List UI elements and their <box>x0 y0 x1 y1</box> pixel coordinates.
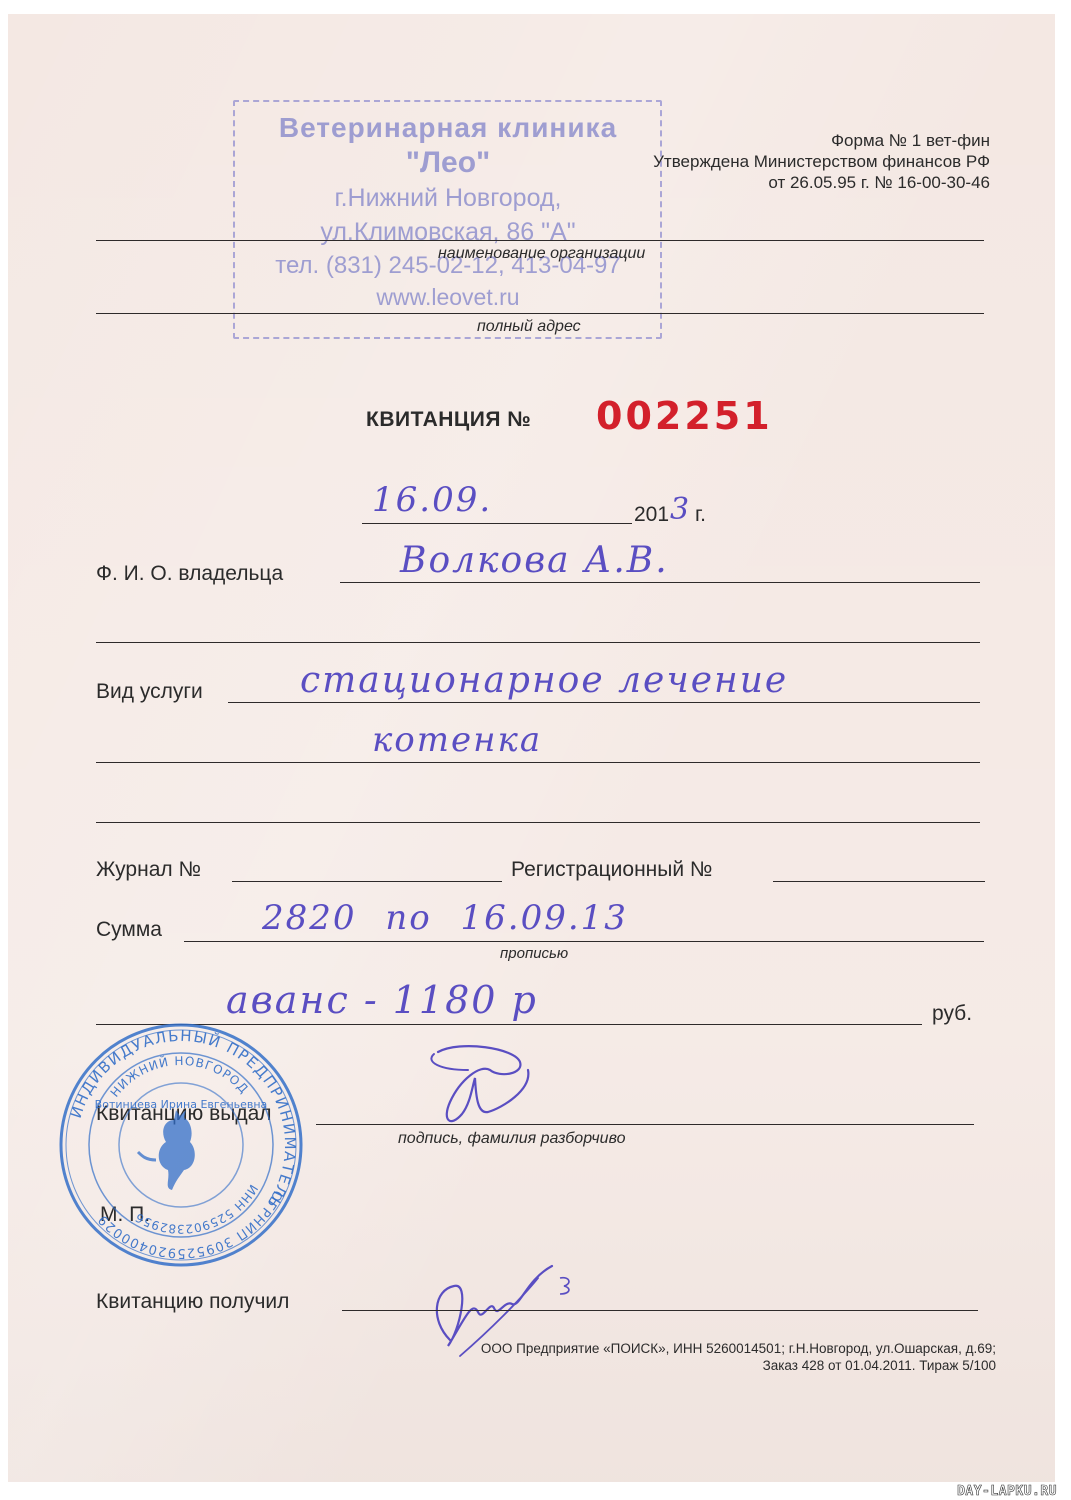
currency-label: руб. <box>932 1002 972 1026</box>
org-name-caption: наименование организации <box>438 245 645 263</box>
service-extra-line-2 <box>96 822 980 823</box>
service-extra-line-1 <box>96 762 980 763</box>
year-suffix: г. <box>695 503 706 527</box>
printer-info-line1: ООО Предприятие «ПОИСК», ИНН 5260014501;… <box>380 1340 996 1357</box>
sum-value[interactable]: 2820 по 16.09.13 <box>262 898 628 938</box>
form-number: Форма № 1 вет-фин <box>560 130 990 151</box>
received-by-line <box>342 1310 978 1311</box>
owner-extra-line <box>96 642 980 643</box>
svg-text:НИЖНИЙ НОВГОРОД: НИЖНИЙ НОВГОРОД <box>108 1054 252 1100</box>
address-caption: полный адрес <box>477 318 581 336</box>
owner-line <box>340 582 980 583</box>
site-watermark: DAY-LAPKU.RU <box>957 1484 1057 1499</box>
form-header: Форма № 1 вет-фин Утверждена Министерств… <box>560 130 990 193</box>
issued-by-line <box>316 1124 974 1125</box>
owner-label: Ф. И. О. владельца <box>96 562 283 586</box>
date-value[interactable]: 16.09. <box>372 480 492 520</box>
date-line <box>362 523 632 524</box>
journal-label: Журнал № <box>96 858 201 882</box>
service-value-line1[interactable]: стационарное лечение <box>300 660 788 701</box>
org-name-line <box>96 240 984 241</box>
sum-label: Сумма <box>96 918 162 942</box>
sum-words-value[interactable]: аванс - 1180 р <box>226 978 538 1022</box>
stamp-street: ул.Климовская, 86 "А" <box>238 218 658 247</box>
address-line <box>96 313 984 314</box>
stamp-website: www.leovet.ru <box>238 284 658 311</box>
year-digit[interactable]: 3 <box>670 492 689 527</box>
in-words-caption: прописью <box>500 945 568 962</box>
registration-line[interactable] <box>773 881 985 882</box>
owner-value[interactable]: Волкова А.В. <box>400 540 669 581</box>
service-line <box>228 702 980 703</box>
service-value-line2[interactable]: котенка <box>372 720 542 760</box>
seal-city: НИЖНИЙ НОВГОРОД <box>108 1054 252 1100</box>
seal-name: Вотинцева Ирина Евгеньевна <box>95 1098 268 1111</box>
receipt-title: КВИТАНЦИЯ № <box>366 408 531 432</box>
round-seal: ИНДИВИДУАЛЬНЫЙ ПРЕДПРИНИМАТЕЛЬ ОГРНИП 30… <box>56 1020 306 1270</box>
form-approval-date: от 26.05.95 г. № 16-00-30-46 <box>560 172 990 193</box>
registration-label: Регистрационный № <box>511 858 712 882</box>
receipt-number: 002251 <box>596 394 773 438</box>
signature-caption: подпись, фамилия разборчиво <box>398 1130 625 1148</box>
sum-line <box>184 941 984 942</box>
printer-info-line2: Заказ 428 от 01.04.2011. Тираж 5/100 <box>380 1357 996 1374</box>
received-by-label: Квитанцию получил <box>96 1290 289 1314</box>
year-prefix: 201 <box>634 503 669 527</box>
service-label: Вид услуги <box>96 680 203 704</box>
issuer-signature <box>420 1040 550 1140</box>
journal-line[interactable] <box>232 881 502 882</box>
printer-info: ООО Предприятие «ПОИСК», ИНН 5260014501;… <box>380 1340 996 1374</box>
form-approved-by: Утверждена Министерством финансов РФ <box>560 151 990 172</box>
